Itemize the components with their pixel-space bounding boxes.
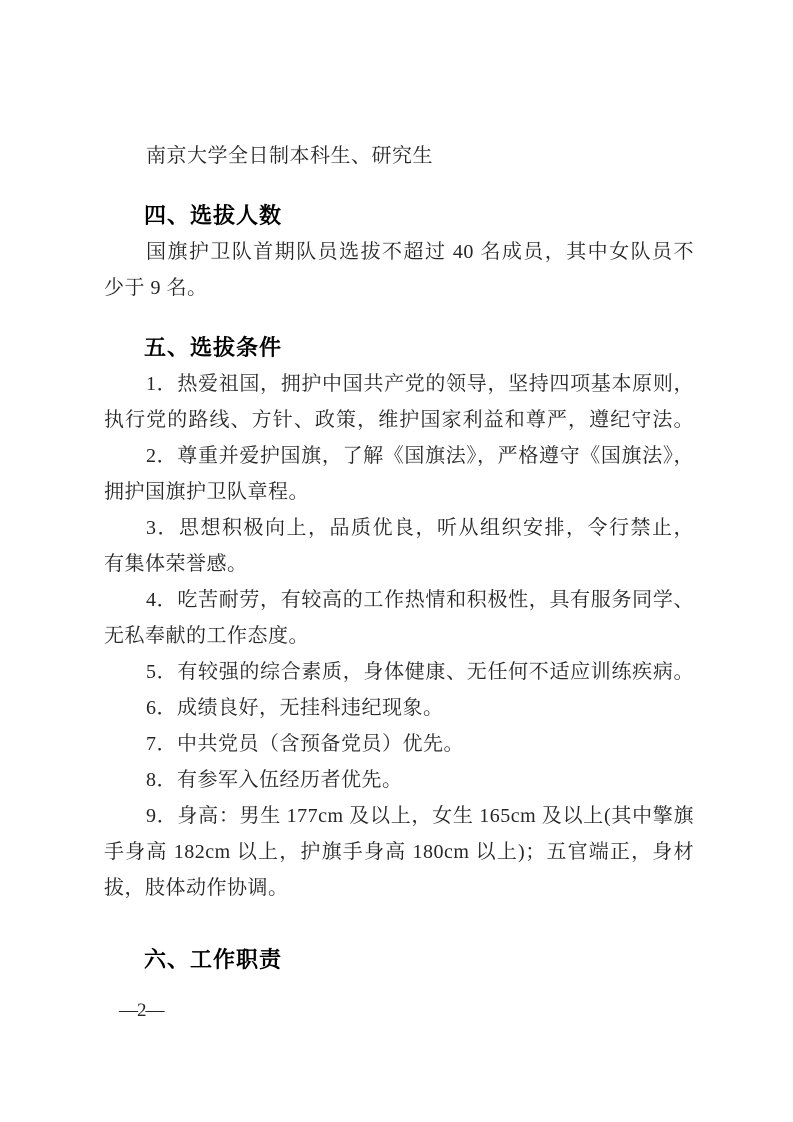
list-item-line: 7．中共党员（含预备党员）优先。 [104,726,694,762]
list-item: 2．尊重并爱护国旗，了解《国旗法》，严格遵守《国旗法》， 拥护国旗护卫队章程。 [104,438,694,510]
section-four-paragraph: 国旗护卫队首期队员选拔不超过 40 名成员，其中女队员不 少于 9 名。 [104,234,694,306]
list-item-line: 拔，肢体动作协调。 [104,870,694,906]
intro-line: 南京大学全日制本科生、研究生 [104,138,694,174]
paragraph-line: 少于 9 名。 [104,270,694,306]
list-item-line: 3．思想积极向上，品质优良，听从组织安排，令行禁止， [104,510,694,546]
page-number: —2— [119,1000,164,1022]
list-item-line: 5．有较强的综合素质，身体健康、无任何不适应训练疾病。 [104,654,694,690]
document-page: 南京大学全日制本科生、研究生 四、选拔人数 国旗护卫队首期队员选拔不超过 40 … [0,0,793,1122]
list-item: 4．吃苦耐劳，有较高的工作热情和积极性，具有服务同学、 无私奉献的工作态度。 [104,582,694,654]
selection-criteria-list: 1．热爱祖国，拥护中国共产党的领导，坚持四项基本原则， 执行党的路线、方针、政策… [104,366,694,906]
list-item-line: 无私奉献的工作态度。 [104,618,694,654]
document-body: 南京大学全日制本科生、研究生 四、选拔人数 国旗护卫队首期队员选拔不超过 40 … [104,0,694,978]
list-item: 8．有参军入伍经历者优先。 [104,762,694,798]
list-item: 1．热爱祖国，拥护中国共产党的领导，坚持四项基本原则， 执行党的路线、方针、政策… [104,366,694,438]
section-four-heading: 四、选拔人数 [104,198,694,234]
list-item-line: 6．成绩良好，无挂科违纪现象。 [104,690,694,726]
list-item: 3．思想积极向上，品质优良，听从组织安排，令行禁止， 有集体荣誉感。 [104,510,694,582]
list-item: 7．中共党员（含预备党员）优先。 [104,726,694,762]
list-item-line: 4．吃苦耐劳，有较高的工作热情和积极性，具有服务同学、 [104,582,694,618]
section-six-heading: 六、工作职责 [104,942,694,978]
list-item-line: 有集体荣誉感。 [104,546,694,582]
list-item-line: 2．尊重并爱护国旗，了解《国旗法》，严格遵守《国旗法》， [104,438,694,474]
list-item-line: 拥护国旗护卫队章程。 [104,474,694,510]
list-item-line: 9．身高：男生 177cm 及以上，女生 165cm 及以上(其中擎旗 [104,798,694,834]
list-item-line: 8．有参军入伍经历者优先。 [104,762,694,798]
paragraph-line: 国旗护卫队首期队员选拔不超过 40 名成员，其中女队员不 [104,234,694,270]
list-item-line: 1．热爱祖国，拥护中国共产党的领导，坚持四项基本原则， [104,366,694,402]
list-item-line: 手身高 182cm 以上，护旗手身高 180cm 以上)；五官端正，身材挺 [104,834,694,870]
list-item: 9．身高：男生 177cm 及以上，女生 165cm 及以上(其中擎旗 手身高 … [104,798,694,906]
list-item: 5．有较强的综合素质，身体健康、无任何不适应训练疾病。 [104,654,694,690]
list-item: 6．成绩良好，无挂科违纪现象。 [104,690,694,726]
list-item-line: 执行党的路线、方针、政策，维护国家利益和尊严，遵纪守法。 [104,402,694,438]
section-five-heading: 五、选拔条件 [104,330,694,366]
